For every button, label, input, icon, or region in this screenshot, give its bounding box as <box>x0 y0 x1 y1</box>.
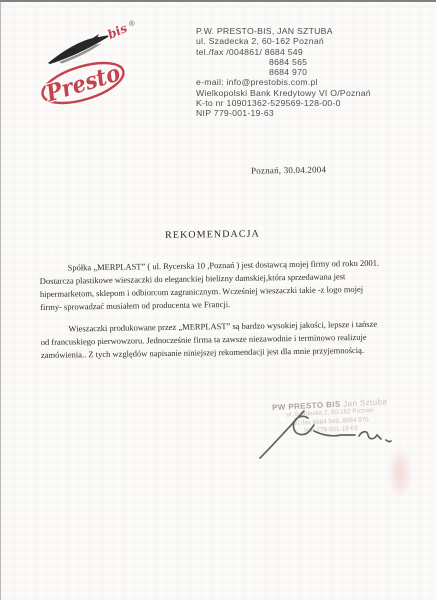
date-line: Poznań, 30.04.2004 <box>251 163 418 176</box>
letterhead-nip-line: NIP 779-001-19-63 <box>196 108 371 118</box>
letterhead-email-line: e-mail: info@prestobis.com.pl <box>196 77 371 87</box>
logo-suffix-text: bis <box>106 21 130 42</box>
scan-edge-left <box>0 0 1 600</box>
signature-stroke <box>314 431 355 436</box>
scanned-letter-page: Presto bis ® P.W. PRESTO-BIS, JAN SZTUBA… <box>0 0 436 600</box>
letterhead-address-line: ul. Szadecka 2, 60-162 Poznań <box>196 36 371 46</box>
letter-title: REKOMENDACJA <box>165 226 419 241</box>
scan-edge-top <box>0 0 436 2</box>
paragraph-1: Spółka „MERPLAST” ( ul. Rycerska 10 ,Poz… <box>39 256 420 314</box>
registered-trademark-icon: ® <box>129 19 135 28</box>
letterhead-company-line: P.W. PRESTO-BIS, JAN SZTUBA <box>196 26 371 36</box>
signature-stroke <box>293 416 314 434</box>
handwritten-signature <box>250 400 410 464</box>
letterhead-block: P.W. PRESTO-BIS, JAN SZTUBA ul. Szadecka… <box>196 26 371 119</box>
letter-body: Poznań, 30.04.2004 REKOMENDACJA Spółka „… <box>38 163 421 362</box>
swallow-icon <box>48 34 108 64</box>
presto-logo-graphic: Presto bis ® <box>26 13 152 111</box>
company-logo: Presto bis ® <box>26 13 152 111</box>
signature-stroke <box>359 432 381 439</box>
letterhead-bank-line: Wielkopolski Bank Kredytowy VI O/Poznań <box>196 88 371 98</box>
paragraph-2: Wieszaczki produkowane przez „MERPLAST” … <box>40 317 421 362</box>
ink-smudge <box>389 449 411 497</box>
letterhead-phone-line: 8684 565 <box>196 57 371 67</box>
letterhead-account-line: K-to nr 10901362-529569-128-00-0 <box>196 98 371 108</box>
letterhead-phone-line: tel./fax /004861/ 8684 549 <box>196 47 371 57</box>
signature-stroke <box>386 440 391 442</box>
letterhead-phone-line: 8684 970 <box>196 67 371 77</box>
